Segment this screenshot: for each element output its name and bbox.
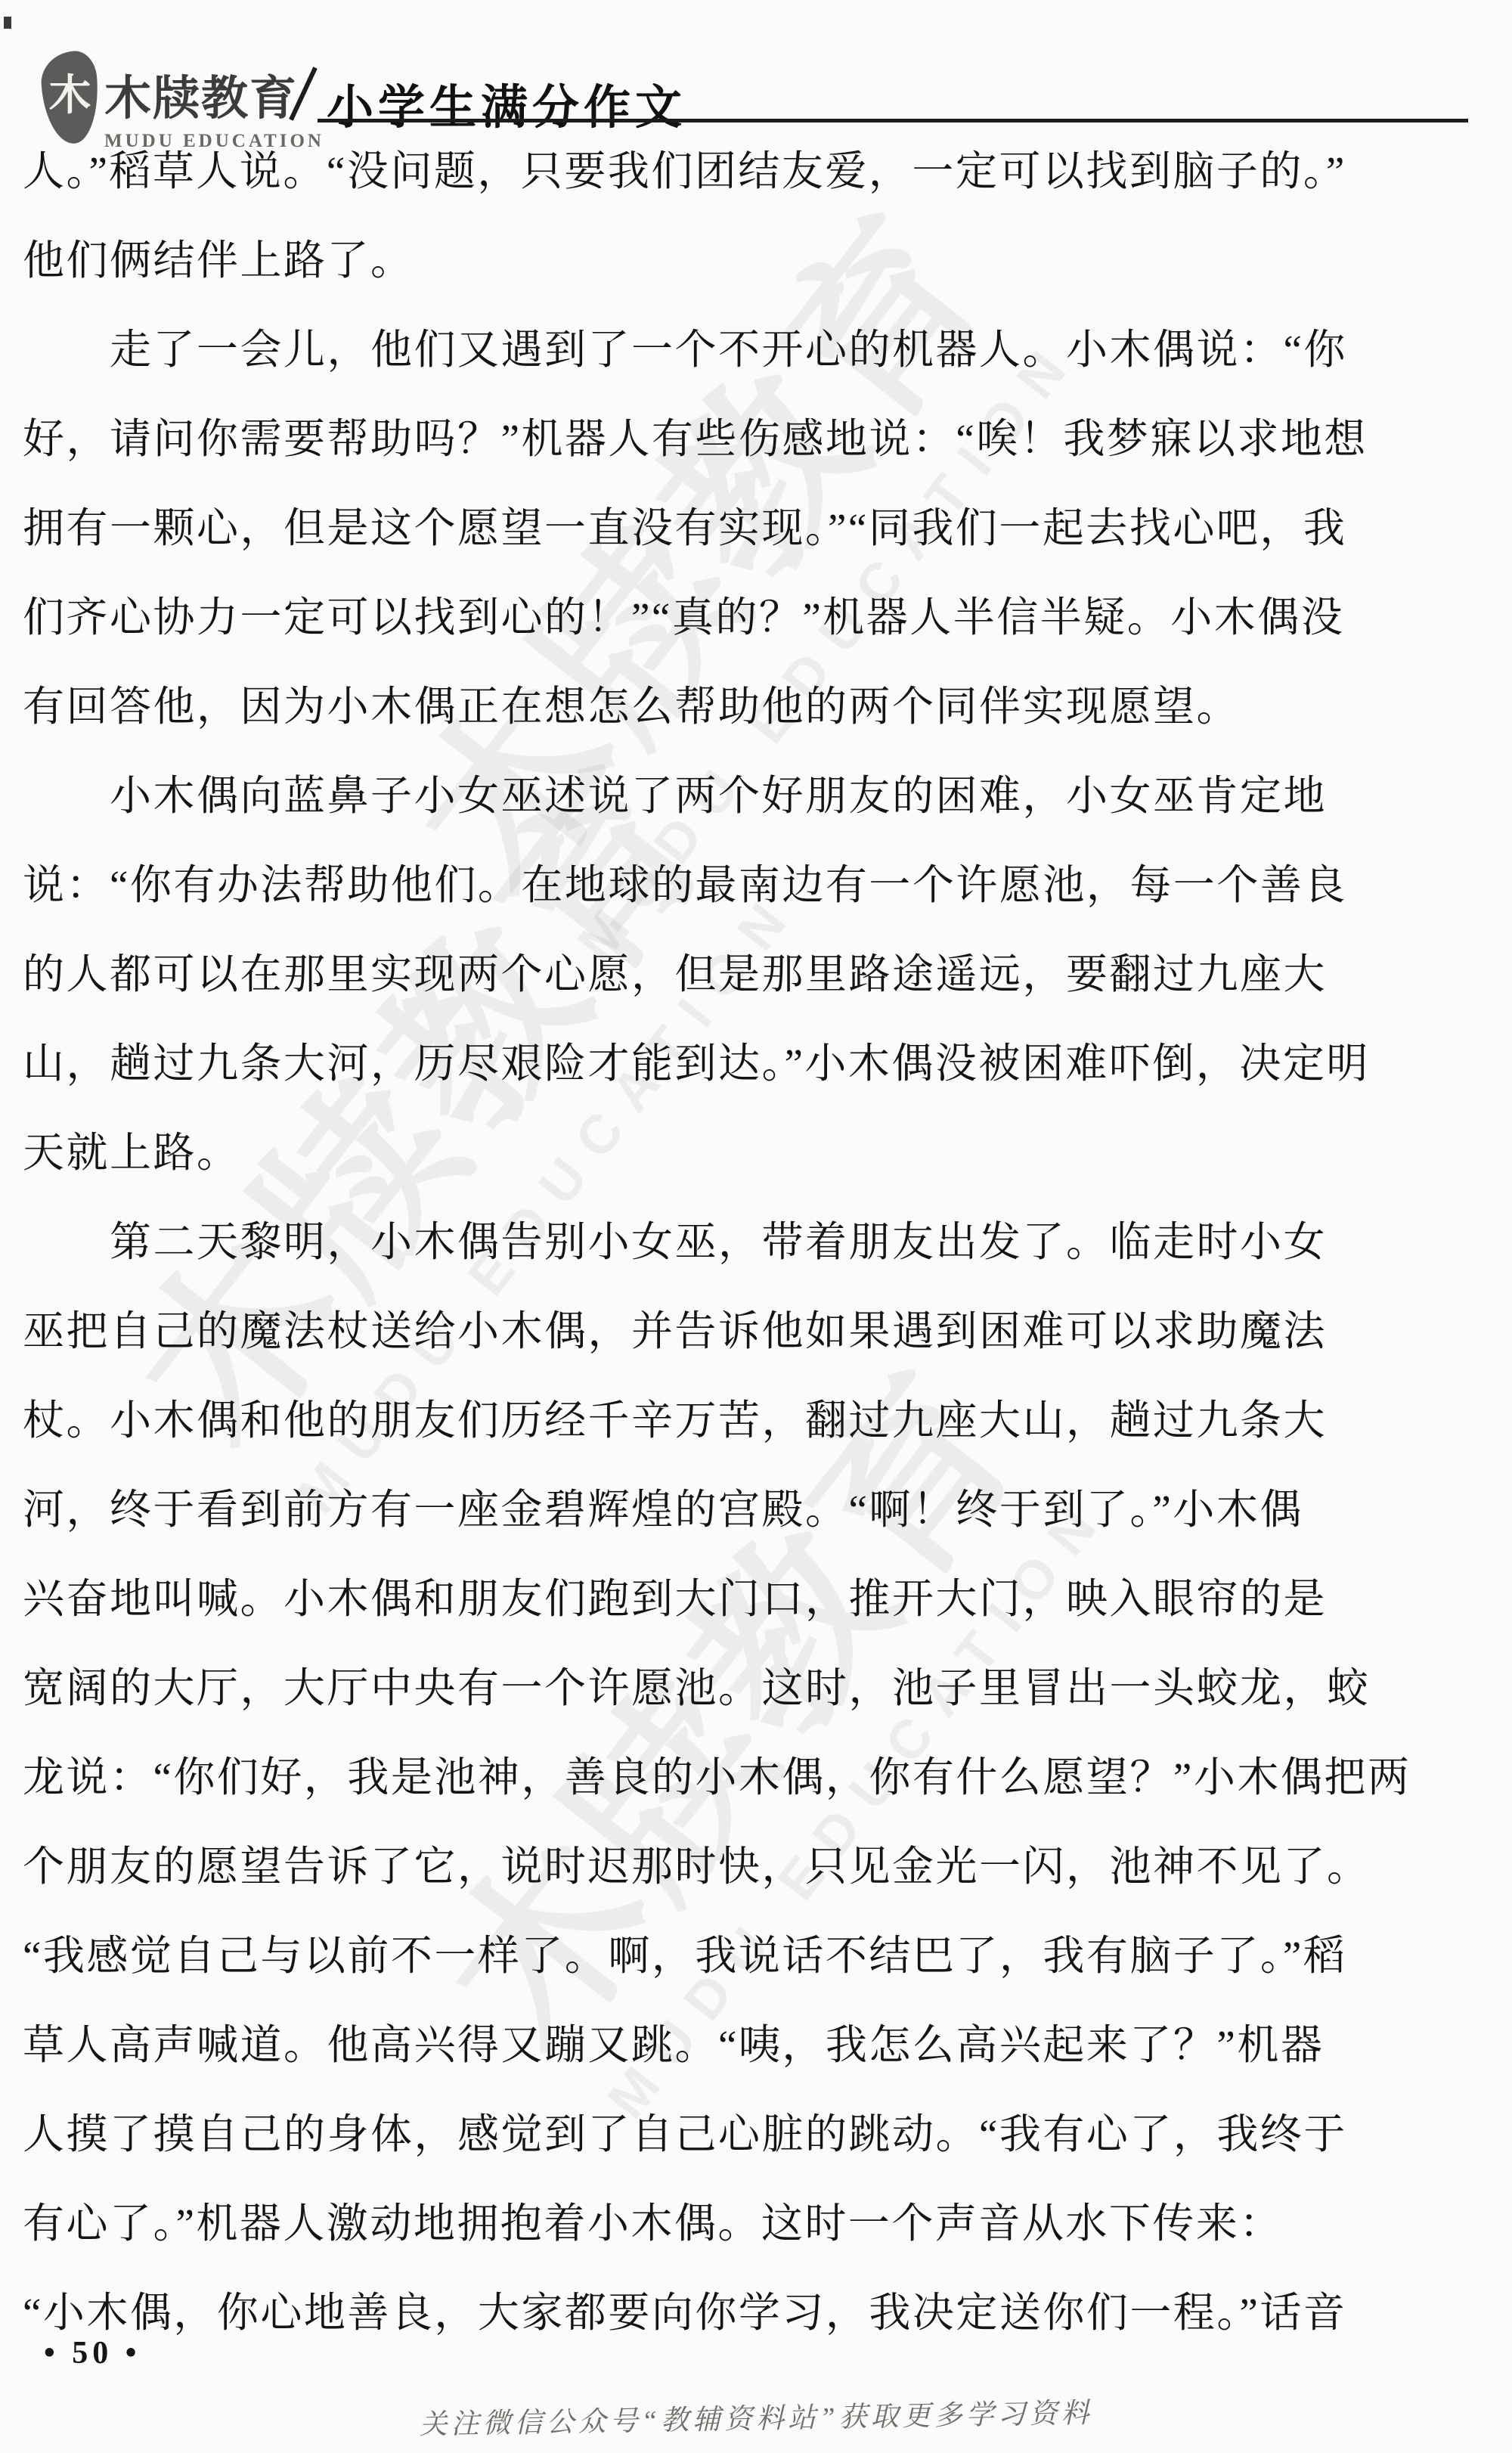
logo-character: 木	[49, 62, 91, 122]
text-line: 龙说：“你们好，我是池神，善良的小木偶，你有什么愿望？”小木偶把两	[23, 1733, 1480, 1822]
text-line: 好，请问你需要帮助吗？”机器人有些伤感地说：“唉！我梦寐以求地想	[23, 395, 1480, 484]
text-line: 的人都可以在那里实现两个心愿，但是那里路途遥远，要翻过九座大	[23, 930, 1480, 1019]
text-line: 山，趟过九条大河，历尽艰险才能到达。”小木偶没被困难吓倒，决定明	[23, 1019, 1480, 1109]
text-line: “我感觉自己与以前不一样了。啊，我说话不结巴了，我有脑子了。”稻	[23, 1912, 1480, 2001]
footer-promo-text: 关注微信公众号“教辅资料站”获取更多学习资料	[419, 2389, 1093, 2442]
text-line: 天就上路。	[23, 1109, 1480, 1198]
text-line: 兴奋地叫喊。小木偶和朋友们跑到大门口，推开大门，映入眼帘的是	[23, 1555, 1480, 1644]
text-line: 拥有一颗心，但是这个愿望一直没有实现。”“同我们一起去找心吧，我	[23, 484, 1480, 573]
header-rule	[318, 119, 1468, 122]
page-number: • 50 •	[44, 2335, 141, 2371]
text-line: 第二天黎明，小木偶告别小女巫，带着朋友出发了。临走时小女	[23, 1198, 1480, 1287]
essay-text: 人。”稻草人说。“没问题，只要我们团结友爱，一定可以找到脑子的。” 他们俩结伴上…	[23, 127, 1480, 2358]
text-line: 说：“你有办法帮助他们。在地球的最南边有一个许愿池，每一个善良	[23, 841, 1480, 930]
text-line: 们齐心协力一定可以找到心的！”“真的？”机器人半信半疑。小木偶没	[23, 573, 1480, 662]
text-line: 小木偶向蓝鼻子小女巫述说了两个好朋友的困难，小女巫肯定地	[23, 752, 1480, 841]
page-header: 木 木牍教育 MUDU EDUCATION 小学生满分作文	[0, 0, 1512, 132]
text-line: 草人高声喊道。他高兴得又蹦又跳。“咦，我怎么高兴起来了？”机器	[23, 2001, 1480, 2090]
text-line: 有回答他，因为小木偶正在想怎么帮助他的两个同伴实现愿望。	[23, 662, 1480, 752]
text-line: 人摸了摸自己的身体，感觉到了自己心脏的跳动。“我有心了，我终于	[23, 2090, 1480, 2179]
text-line: 有心了。”机器人激动地拥抱着小木偶。这时一个声音从水下传来：	[23, 2179, 1480, 2268]
text-line: 巫把自己的魔法杖送给小木偶，并告诉他如果遇到困难可以求助魔法	[23, 1287, 1480, 1376]
text-line: 个朋友的愿望告诉了它，说时迟那时快，只见金光一闪，池神不见了。	[23, 1822, 1480, 1912]
scan-artifact	[4, 17, 11, 29]
text-line: 河，终于看到前方有一座金碧辉煌的宫殿。“啊！终于到了。”小木偶	[23, 1465, 1480, 1555]
text-line: 走了一会儿，他们又遇到了一个不开心的机器人。小木偶说：“你	[23, 305, 1480, 395]
text-line: “小木偶，你心地善良，大家都要向你学习，我决定送你们一程。”话音	[23, 2268, 1480, 2358]
text-line: 他们俩结伴上路了。	[23, 216, 1480, 305]
text-line: 宽阔的大厅，大厅中央有一个许愿池。这时，池子里冒出一头蛟龙，蛟	[23, 1644, 1480, 1733]
text-line: 人。”稻草人说。“没问题，只要我们团结友爱，一定可以找到脑子的。”	[23, 127, 1480, 216]
book-page: 木牍教育 MUDU EDUCATION 木牍教育 MUDU EDUCATION …	[0, 0, 1512, 2453]
text-line: 杖。小木偶和他的朋友们历经千辛万苦，翻过九座大山，趟过九条大	[23, 1376, 1480, 1465]
